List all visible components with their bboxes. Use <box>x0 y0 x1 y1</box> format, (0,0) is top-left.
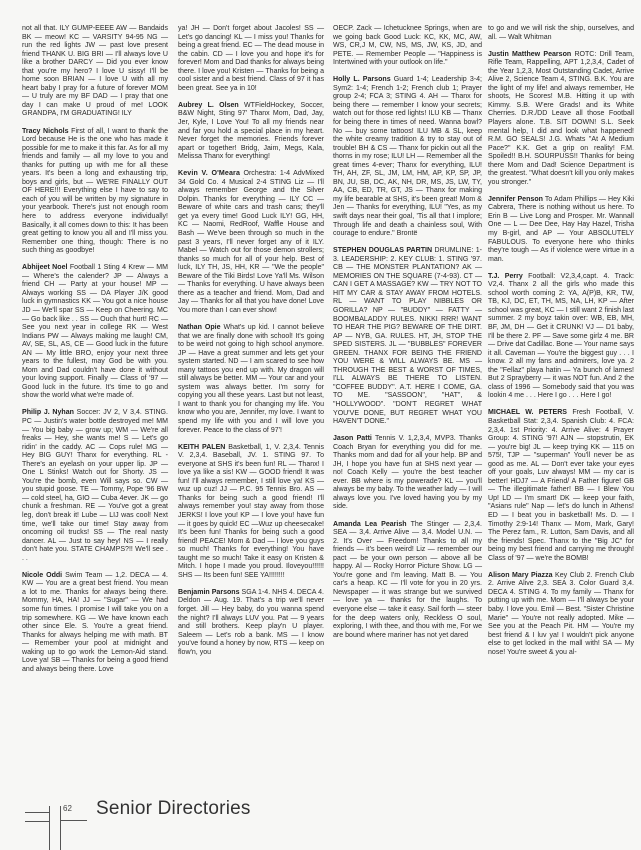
student-name: T.J. Perry <box>488 273 523 280</box>
directory-entry: Nicole Oddi Swim Team — 1,2. DECA — 4. K… <box>22 572 168 675</box>
section-title: Senior Directories <box>96 798 251 820</box>
column-4: to go and we will risk the ship, ourselv… <box>488 25 634 666</box>
entry-text: Basketball, 1, V. 2,3,4. Tennis V. 2,3,4… <box>178 444 324 579</box>
entry-text: OECP. Zack — Ichetucknee Springs, when a… <box>333 25 482 66</box>
student-name: Benjamin Parsons <box>178 589 240 596</box>
entry-text: ya! JH — Don't forget about Jacoles! SS … <box>178 25 324 92</box>
directory-entry: Jennifer Penson To Adam Phillips — Hey K… <box>488 196 634 264</box>
student-name: Nathan Opie <box>178 324 221 331</box>
directory-entry: Nathan Opie What's up kid. I cannot beli… <box>178 324 324 435</box>
page-number: 62 <box>63 804 72 813</box>
entry-text: Tennis V. 1,2,3,4, MVP3. Thanks Coach Br… <box>333 435 482 510</box>
directory-entry: Jason Patti Tennis V. 1,2,3,4, MVP3. Tha… <box>333 435 482 512</box>
directory-entry: Alison Mary Piazza Key Club 2. French Cl… <box>488 572 634 657</box>
directory-entry: Amanda Lea Pearish The Stinger — 2,3,4. … <box>333 521 482 641</box>
entry-text: First of all, I want to thank the Lord b… <box>22 128 168 255</box>
entry-text: Soccer: JV 2, V 3,4. STING. PC — Justin'… <box>22 409 168 561</box>
directory-entry: OECP. Zack — Ichetucknee Springs, when a… <box>333 25 482 68</box>
entry-text: DRUMLINE: 1-3. LEADERSHIP: 2. KEY CLUB: … <box>333 247 482 425</box>
decorative-rule <box>61 820 87 821</box>
student-name: Tracy Nichols <box>22 128 69 135</box>
directory-entry: Holly L. Parsons Guard 1-4; Leadership 3… <box>333 76 482 238</box>
entry-text: SGA 1-4. NHS 4. DECA 4. Deldon — Aug. 19… <box>178 589 324 656</box>
decorative-rule <box>60 806 61 850</box>
student-name: MICHAEL W. PETERS <box>488 409 567 416</box>
directory-entry: Aubrey L. Olsen WTFieldHockey, Soccer, B… <box>178 102 324 162</box>
entry-text: The Stinger — 2,3,4. SEA — 3,4. Arrive A… <box>333 521 482 639</box>
decorative-rule <box>49 806 50 850</box>
entry-text: To Adam Phillips — Hey Kiki Cabrera, The… <box>488 196 634 263</box>
directory-entry: Kevin V. O'Meara Orchestra: 1-4 AdvMixed… <box>178 170 324 315</box>
student-name: Holly L. Parsons <box>333 76 391 83</box>
student-name: Kevin V. O'Meara <box>178 170 240 177</box>
entry-text: Guard 1-4; Leadership 3-4; Sym2: 1-4; Fr… <box>333 76 482 237</box>
column-2: ya! JH — Don't forget about Jacoles! SS … <box>178 25 324 666</box>
student-name: Philip J. Nyhan <box>22 409 74 416</box>
column-1: not all that. ILY GUMP-EEEE AW — Bandaid… <box>22 25 168 683</box>
directory-entry: not all that. ILY GUMP-EEEE AW — Bandaid… <box>22 25 168 119</box>
directory-entry: to go and we will risk the ship, ourselv… <box>488 25 634 42</box>
directory-entry: Abhijeet Noel Football 1 Sting 4 Krew — … <box>22 264 168 401</box>
directory-entry: T.J. Perry Football: V2,3,4,capt. 4. Tra… <box>488 273 634 401</box>
student-name: Abhijeet Noel <box>22 264 67 271</box>
entry-text: Swim Team — 1,2. DECA — 4. KW — You are … <box>22 572 168 673</box>
entry-text: to go and we will risk the ship, ourselv… <box>488 25 634 41</box>
student-name: Jason Patti <box>333 435 372 442</box>
directory-page: not all that. ILY GUMP-EEEE AW — Bandaid… <box>22 25 634 785</box>
entry-text: Orchestra: 1-4 AdvMixed 34 Gold Co. 4 Mu… <box>178 170 324 314</box>
directory-entry: Philip J. Nyhan Soccer: JV 2, V 3,4. STI… <box>22 409 168 563</box>
entry-text: WTFieldHockey, Soccer, B&W Night, Sting … <box>178 102 324 160</box>
student-name: Nicole Oddi <box>22 572 62 579</box>
student-name: Amanda Lea Pearish <box>333 521 407 528</box>
entry-text: Fresh Football, V. Basketball Stat: 2,3,… <box>488 409 634 561</box>
entry-text: What's up kid. I cannot believe that we … <box>178 324 324 434</box>
student-name: Aubrey L. Olsen <box>178 102 239 109</box>
decorative-rule <box>25 821 49 822</box>
entry-text: Football: V2,3,4,capt. 4. Track: V2,4. T… <box>488 273 634 400</box>
entry-text: Key Club 2. French Club 2. Arrive Alive … <box>488 572 634 656</box>
student-name: Alison Mary Piazza <box>488 572 553 579</box>
student-name: Justin Matthew Pearson <box>488 51 571 58</box>
student-name: STEPHEN DOUGLAS PARTIN <box>333 247 432 254</box>
column-3: OECP. Zack — Ichetucknee Springs, when a… <box>333 25 482 649</box>
student-name: KEITH PALEN <box>178 444 225 451</box>
directory-entry: STEPHEN DOUGLAS PARTIN DRUMLINE: 1-3. LE… <box>333 247 482 426</box>
student-name: Jennifer Penson <box>488 196 543 203</box>
directory-entry: MICHAEL W. PETERS Fresh Football, V. Bas… <box>488 409 634 563</box>
directory-entry: ya! JH — Don't forget about Jacoles! SS … <box>178 25 324 93</box>
directory-entry: Benjamin Parsons SGA 1-4. NHS 4. DECA 4.… <box>178 589 324 657</box>
directory-entry: Tracy Nichols First of all, I want to th… <box>22 128 168 256</box>
entry-text: ROTC: Drill Team, Rifle Team, Rappelling… <box>488 51 634 186</box>
directory-entry: KEITH PALEN Basketball, 1, V. 2,3,4. Ten… <box>178 444 324 581</box>
page-footer: 62 Senior Directories <box>22 792 322 850</box>
directory-entry: Justin Matthew Pearson ROTC: Drill Team,… <box>488 51 634 188</box>
decorative-rule <box>25 812 49 813</box>
entry-text: Football 1 Sting 4 Krew — MM — Where's t… <box>22 264 168 399</box>
entry-text: not all that. ILY GUMP-EEEE AW — Bandaid… <box>22 25 168 117</box>
